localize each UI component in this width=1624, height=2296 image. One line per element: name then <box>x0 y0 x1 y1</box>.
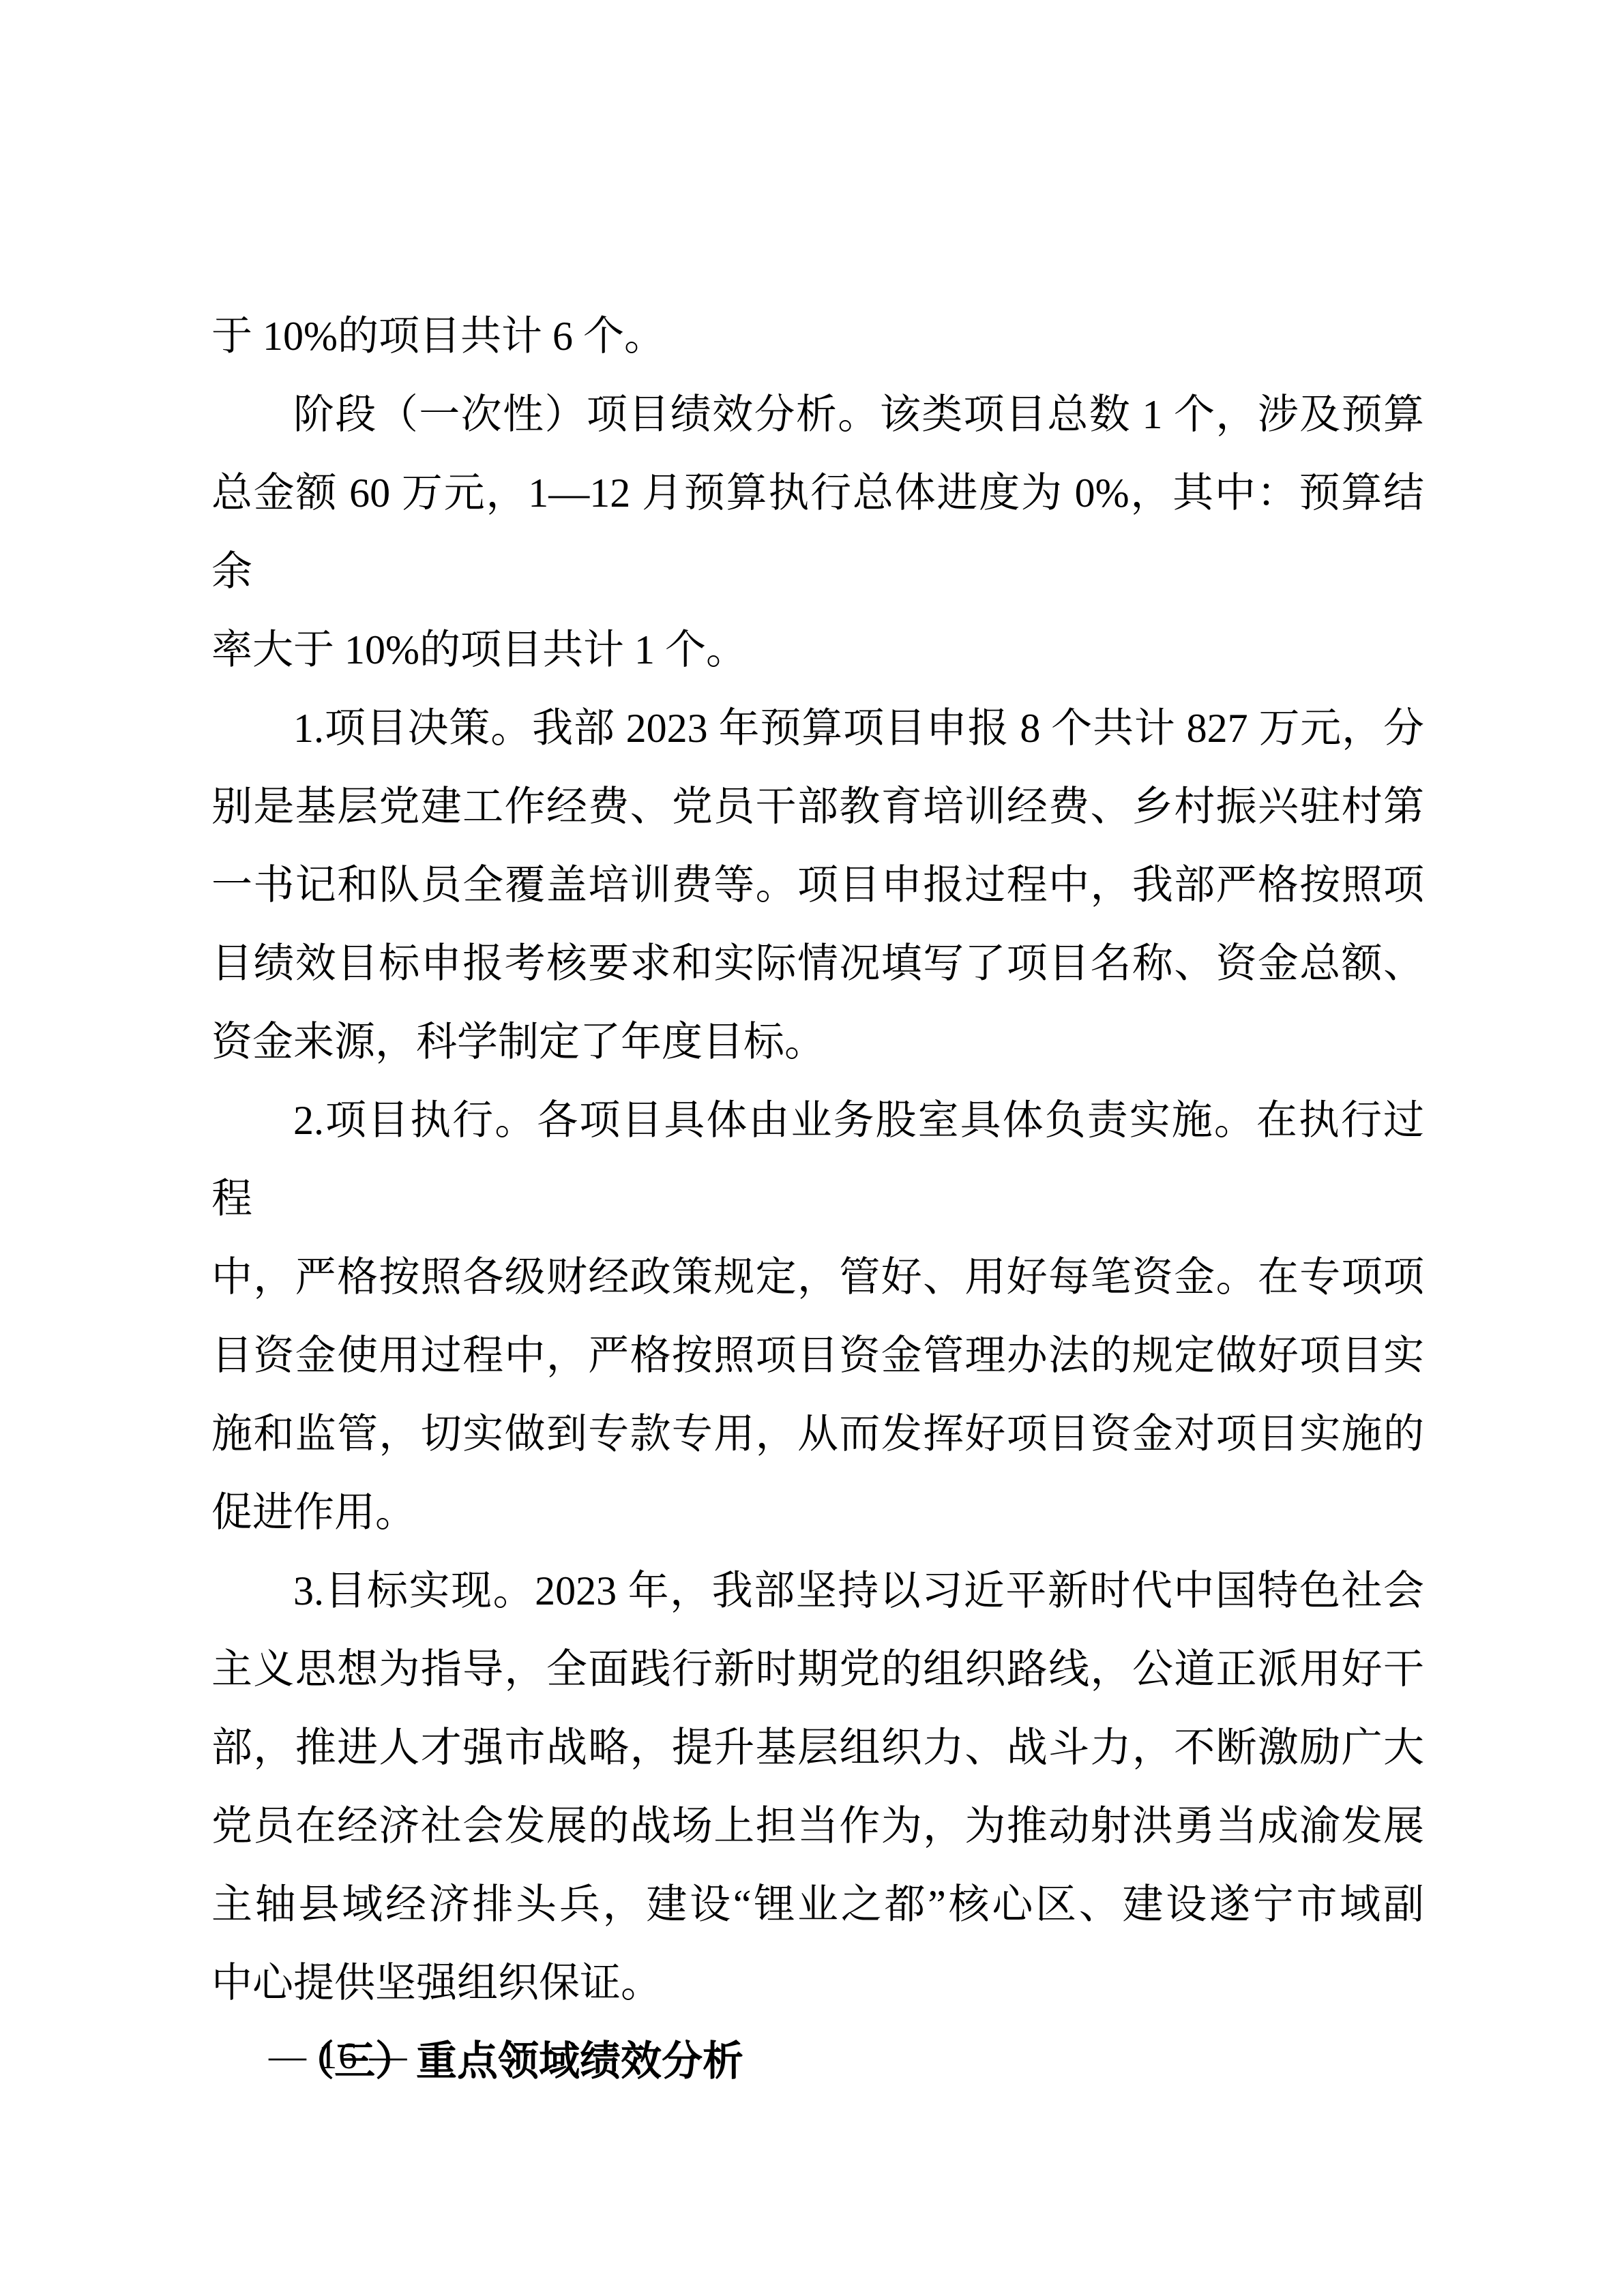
text-line-3: 总金额 60 万元，1—12 月预算执行总体进度为 0%，其中：预算结余 <box>211 454 1424 611</box>
text-line-6: 别是基层党建工作经费、党员干部教育培训经费、乡村振兴驻村第 <box>211 768 1424 846</box>
text-line-14: 促进作用。 <box>211 1474 1424 1552</box>
text-line-17: 部，推进人才强市战略，提升基层组织力、战斗力，不断激励广大 <box>211 1709 1424 1787</box>
document-page: 于 10%的项目共计 6 个。阶段（一次性）项目绩效分析。该类项目总数 1 个，… <box>0 0 1624 2296</box>
text-line-2: 阶段（一次性）项目绩效分析。该类项目总数 1 个，涉及预算 <box>211 376 1424 454</box>
text-line-20: 中心提供坚强组织保证。 <box>211 1944 1424 2023</box>
text-line-18: 党员在经济社会发展的战场上担当作为，为推动射洪勇当成渝发展 <box>211 1787 1424 1866</box>
text-line-13: 施和监管，切实做到专款专用，从而发挥好项目资金对项目实施的 <box>211 1395 1424 1474</box>
text-line-9: 资金来源，科学制定了年度目标。 <box>211 1003 1424 1082</box>
text-line-15: 3.目标实现。2023 年，我部坚持以习近平新时代中国特色社会 <box>211 1552 1424 1630</box>
text-line-19: 主轴县域经济排头兵，建设“锂业之都”核心区、建设遂宁市域副 <box>211 1866 1424 1944</box>
text-line-10: 2.项目执行。各项目具体由业务股室具体负责实施。在执行过程 <box>211 1082 1424 1238</box>
text-line-8: 目绩效目标申报考核要求和实际情况填写了项目名称、资金总额、 <box>211 925 1424 1003</box>
text-line-7: 一书记和队员全覆盖培训费等。项目申报过程中，我部严格按照项 <box>211 846 1424 925</box>
text-line-12: 目资金使用过程中，严格按照项目资金管理办法的规定做好项目实 <box>211 1317 1424 1395</box>
page-number: — 16 — <box>211 2035 409 2076</box>
page-footer: — 16 — <box>211 2036 1424 2076</box>
text-line-5: 1.项目决策。我部 2023 年预算项目申报 8 个共计 827 万元，分 <box>211 689 1424 768</box>
text-line-1: 于 10%的项目共计 6 个。 <box>211 297 1424 376</box>
text-line-16: 主义思想为指导，全面践行新时期党的组织路线，公道正派用好干 <box>211 1630 1424 1709</box>
text-line-11: 中，严格按照各级财经政策规定，管好、用好每笔资金。在专项项 <box>211 1238 1424 1317</box>
document-body: 于 10%的项目共计 6 个。阶段（一次性）项目绩效分析。该类项目总数 1 个，… <box>211 297 1424 2101</box>
text-line-4: 率大于 10%的项目共计 1 个。 <box>211 611 1424 689</box>
